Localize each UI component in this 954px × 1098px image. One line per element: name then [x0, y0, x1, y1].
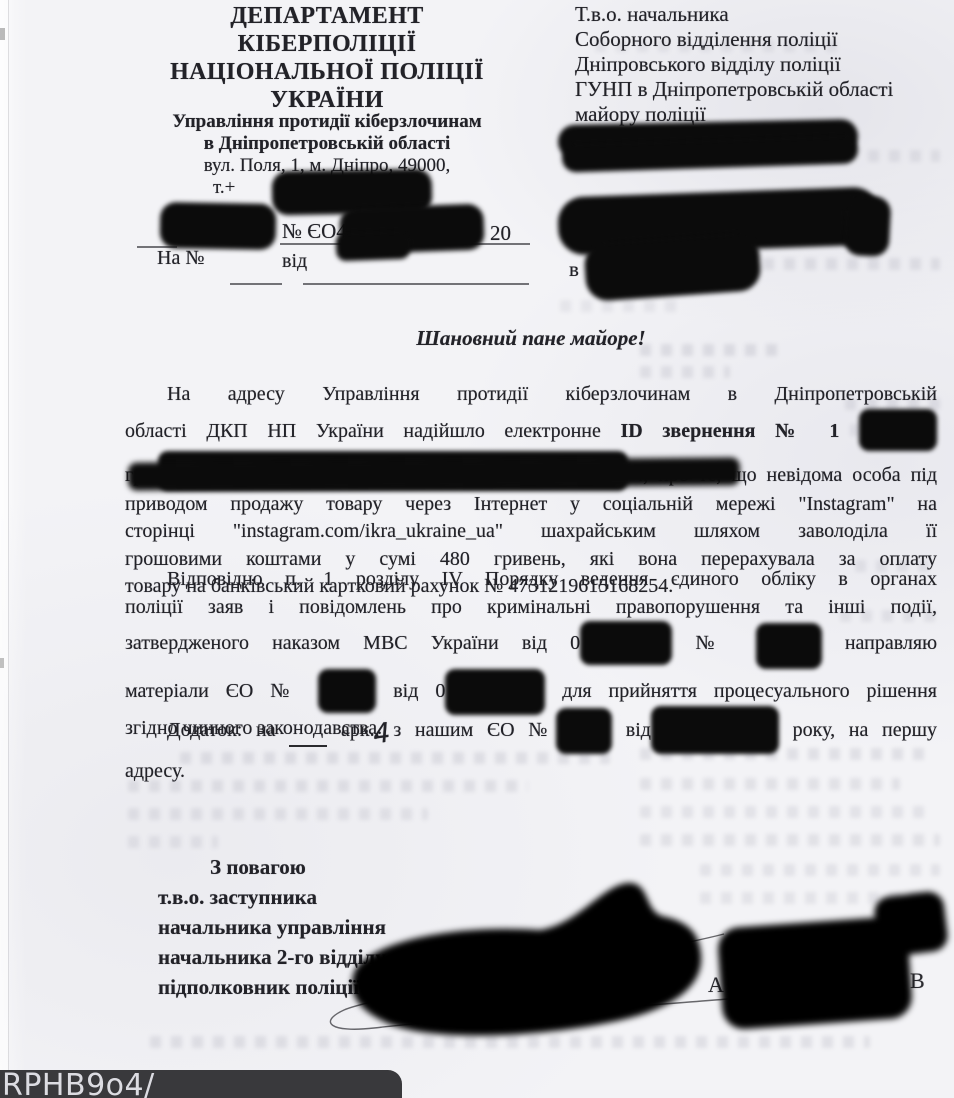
- division-line: в Дніпропетровській області: [127, 133, 527, 155]
- body-line: На адресу Управління протидії кіберзлочи…: [125, 381, 937, 409]
- redaction-signature: [352, 883, 701, 1036]
- salutation: Шановний пане майоре!: [125, 326, 937, 351]
- recipient-line: Дніпровського відділу поліції: [575, 52, 920, 77]
- scan-artifact: [0, 28, 5, 40]
- body-text: адресу.: [125, 760, 185, 782]
- sender-division: Управління протидії кіберзлочинам в Дніп…: [127, 111, 527, 155]
- bleed-through-line: [128, 836, 218, 848]
- body-text: На адресу Управління протидії кіберзлочи…: [167, 383, 937, 405]
- reference-underline: [230, 283, 282, 285]
- reference-underline: [303, 283, 529, 285]
- body-text: затвердженого наказом МВС України від 0: [125, 632, 580, 654]
- redaction-signer-name: [873, 890, 950, 958]
- body-text: року, на першу: [793, 719, 937, 741]
- bleed-through-line: [640, 806, 930, 818]
- body-text: направляю: [845, 632, 937, 654]
- redaction-eo-number: [556, 708, 612, 754]
- recipient-line: ГУНП в Дніпропетровській області: [575, 77, 920, 102]
- redaction-date: [160, 202, 277, 250]
- redaction-recipient-address: [583, 232, 762, 302]
- signature-redaction-group: [300, 858, 954, 1063]
- redaction-order-date: [580, 621, 672, 665]
- bleed-through-line: [640, 366, 730, 378]
- paragraph-attachment: Додаток: на 4 арк., з нашим ЄО № від рок…: [125, 706, 937, 788]
- recipient-block: Т.в.о. начальника Соборного відділення п…: [575, 2, 920, 127]
- sender-org-name: ДЕПАРТАМЕНТ КІБЕРПОЛІЦІЇ НАЦІОНАЛЬНОЇ ПО…: [127, 2, 527, 114]
- redaction-outgoing-number: [336, 231, 411, 262]
- body-text: від 0: [393, 680, 445, 702]
- body-text: від: [626, 719, 651, 741]
- body-line: приводом продажу товару через Інтернет у…: [125, 491, 937, 519]
- org-line: НАЦІОНАЛЬНОЇ ПОЛІЦІЇ: [127, 58, 527, 86]
- handwritten-sheet-count-underline: 4: [289, 717, 327, 747]
- handwritten-sheet-count: 4: [330, 716, 393, 757]
- redaction-order-number: [756, 623, 822, 669]
- recipient-street-fragment: в: [569, 257, 579, 282]
- scanned-letter-page: ДЕПАРТАМЕНТ КІБЕРПОЛІЦІЇ НАЦІОНАЛЬНОЇ ПО…: [0, 0, 954, 1098]
- outgoing-number-suffix: 20: [490, 221, 511, 246]
- watermark-bar: RPHB9o4/: [0, 1070, 402, 1098]
- body-line: Відповідно п. 1 розділу IV Порядку веден…: [125, 566, 937, 594]
- body-text: поліції заяв і повідомлень про криміналь…: [125, 596, 937, 618]
- incoming-number-label: На №: [157, 247, 204, 270]
- redaction-appeal-number: [859, 409, 937, 451]
- scan-artifact: [0, 658, 4, 668]
- bleed-through-line: [560, 300, 680, 312]
- watermark-text: RPHB9o4/: [0, 1070, 402, 1098]
- org-line: УКРАЇНИ: [127, 86, 527, 114]
- body-line: поліції заяв і повідомлень про криміналь…: [125, 594, 937, 622]
- body-text: Відповідно п. 1 розділу IV Порядку веден…: [167, 568, 937, 590]
- redaction-recipient-address: [843, 195, 891, 257]
- bleed-through-line: [868, 150, 940, 162]
- redaction-eo-date: [651, 706, 779, 754]
- body-line: області ДКП НП України надійшло електрон…: [125, 409, 937, 451]
- bleed-through-line: [128, 808, 428, 820]
- division-line: Управління протидії кіберзлочинам: [127, 111, 527, 133]
- body-line: Додаток: на 4 арк., з нашим ЄО № від рок…: [125, 706, 937, 754]
- body-text: приводом продажу товару через Інтернет у…: [125, 493, 937, 515]
- body-text: матеріали ЄО №: [125, 680, 301, 702]
- sender-phone-prefix: т.+: [213, 177, 235, 199]
- paper-edge-line: [8, 0, 9, 1098]
- incoming-date-label: від: [282, 250, 307, 273]
- body-text: області ДКП НП України надійшло електрон…: [125, 420, 601, 442]
- body-text: сторінці "instagram.com/ikra_ukraine_ua"…: [125, 520, 937, 542]
- bleed-through-line: [640, 834, 940, 846]
- body-line: сторінці "instagram.com/ikra_ukraine_ua"…: [125, 518, 937, 546]
- body-text: для прийняття процесуального рішення: [562, 680, 937, 702]
- body-line: адресу.: [125, 754, 937, 788]
- org-line: КІБЕРПОЛІЦІЇ: [127, 30, 527, 58]
- body-text: Додаток: на: [167, 719, 276, 741]
- body-line: затвердженого наказом МВС України від 0 …: [125, 621, 937, 669]
- redaction-smear: [128, 457, 740, 490]
- recipient-line: Т.в.о. начальника: [575, 2, 920, 27]
- body-text: №: [695, 632, 732, 654]
- org-line: ДЕПАРТАМЕНТ: [127, 2, 527, 30]
- body-text-bold: ID звернення № 1: [621, 420, 840, 442]
- recipient-line: Соборного відділення поліції: [575, 27, 920, 52]
